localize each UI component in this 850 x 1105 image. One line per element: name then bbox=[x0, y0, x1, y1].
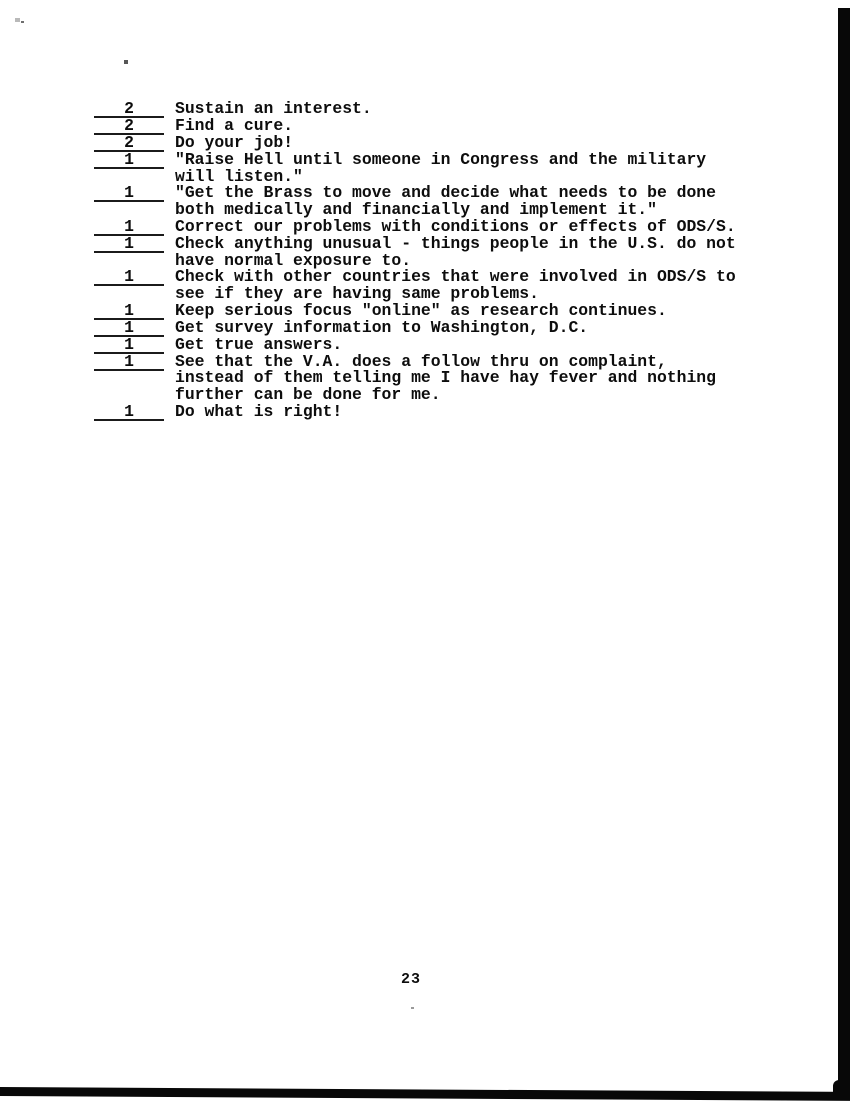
tally-row: 1 Check with other countries that were i… bbox=[94, 269, 736, 302]
tally-count: 1 bbox=[94, 404, 164, 421]
scanned-document-page: 2 Sustain an interest. 2 Find a cure. 2 … bbox=[0, 0, 850, 1105]
response-text: "Raise Hell until someone in Congress an… bbox=[175, 152, 706, 185]
tally-row: 1 Check anything unusual - things people… bbox=[94, 236, 736, 269]
scanner-edge-bar-right bbox=[838, 8, 850, 1100]
response-text: Do what is right! bbox=[175, 404, 342, 421]
tally-count: 1 bbox=[94, 354, 164, 371]
tally-row: 1 "Raise Hell until someone in Congress … bbox=[94, 152, 736, 185]
scanner-edge-bar-bottom bbox=[0, 1087, 850, 1101]
response-text: See that the V.A. does a follow thru on … bbox=[175, 354, 716, 404]
tally-count: 1 bbox=[94, 152, 164, 169]
tally-row: 1 Do what is right! bbox=[94, 404, 736, 421]
response-text: Correct our problems with conditions or … bbox=[175, 219, 736, 236]
response-text: Check anything unusual - things people i… bbox=[175, 236, 736, 269]
tally-count: 1 bbox=[94, 269, 164, 286]
tally-row: 1 See that the V.A. does a follow thru o… bbox=[94, 354, 736, 404]
tally-row: 1 "Get the Brass to move and decide what… bbox=[94, 185, 736, 218]
tally-count: 1 bbox=[94, 185, 164, 202]
response-text: Check with other countries that were inv… bbox=[175, 269, 736, 302]
response-text: "Get the Brass to move and decide what n… bbox=[175, 185, 716, 218]
scan-speck bbox=[124, 60, 128, 64]
page-number: 23 bbox=[401, 971, 421, 988]
response-text: Get survey information to Washington, D.… bbox=[175, 320, 588, 337]
scan-speck bbox=[15, 18, 20, 22]
response-text: Keep serious focus "online" as research … bbox=[175, 303, 667, 320]
tally-list: 2 Sustain an interest. 2 Find a cure. 2 … bbox=[94, 101, 736, 421]
scan-speck bbox=[21, 21, 24, 23]
response-text: Get true answers. bbox=[175, 337, 342, 354]
tally-count: 1 bbox=[94, 236, 164, 253]
scan-speck bbox=[411, 1007, 414, 1009]
